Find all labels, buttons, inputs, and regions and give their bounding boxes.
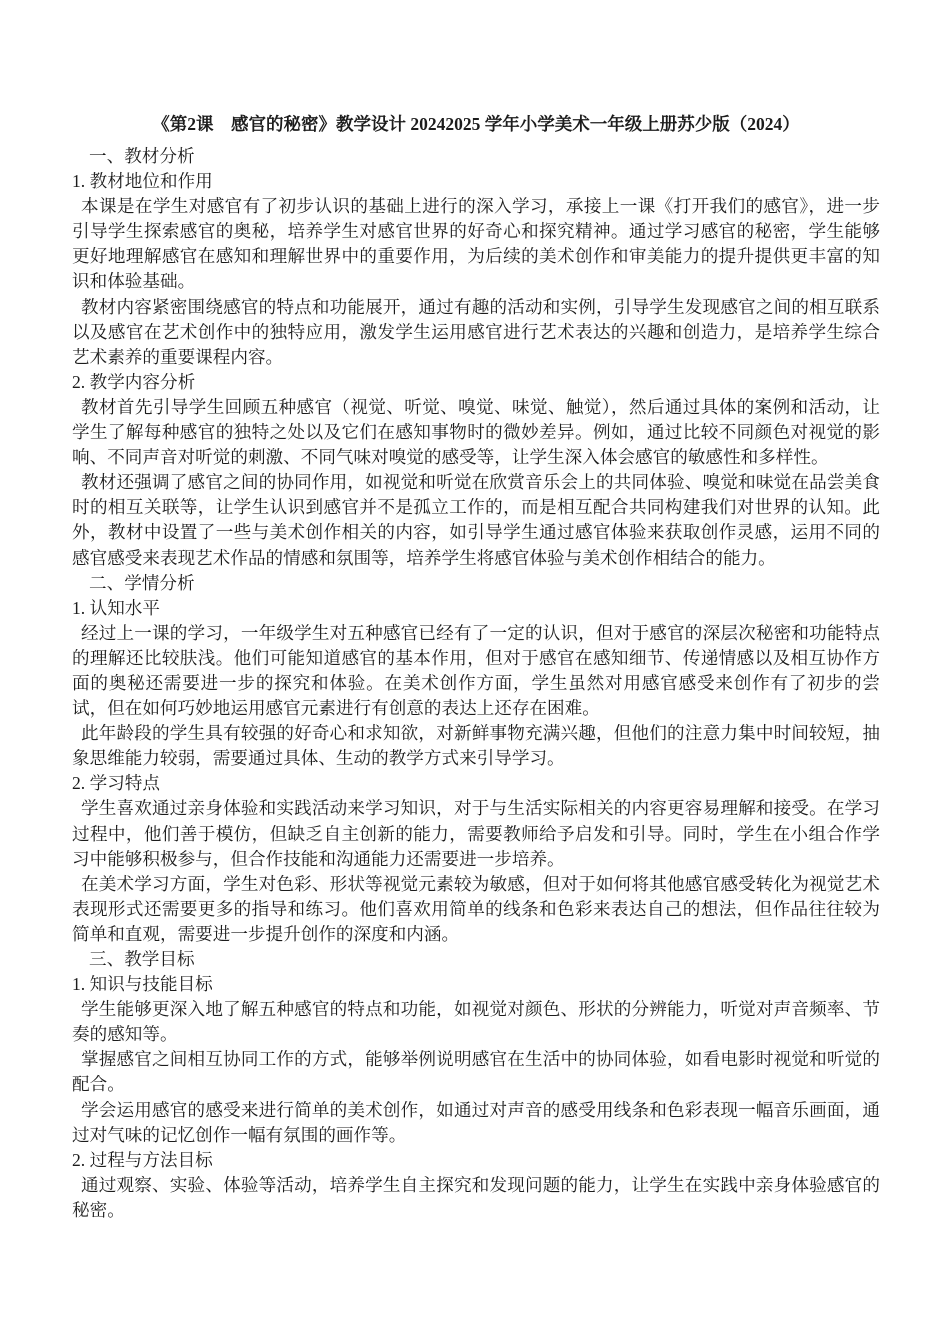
- paragraph: 教材首先引导学生回顾五种感官（视觉、听觉、嗅觉、味觉、触觉），然后通过具体的案例…: [72, 395, 880, 470]
- sub-heading: 1. 教材地位和作用: [72, 169, 880, 194]
- paragraph: 经过上一课的学习，一年级学生对五种感官已经有了一定的认识，但对于感官的深层次秘密…: [72, 621, 880, 721]
- paragraph: 学生喜欢通过亲身体验和实践活动来学习知识，对于与生活实际相关的内容更容易理解和接…: [72, 796, 880, 871]
- paragraph: 掌握感官之间相互协同工作的方式，能够举例说明感官在生活中的协同体验，如看电影时视…: [72, 1047, 880, 1097]
- paragraph: 学生能够更深入地了解五种感官的特点和功能，如视觉对颜色、形状的分辨能力，听觉对声…: [72, 997, 880, 1047]
- section-heading: 二、学情分析: [72, 571, 880, 596]
- paragraph: 教材还强调了感官之间的协同作用，如视觉和听觉在欣赏音乐会上的共同体验、嗅觉和味觉…: [72, 470, 880, 570]
- sub-heading: 2. 教学内容分析: [72, 370, 880, 395]
- sub-heading: 2. 学习特点: [72, 771, 880, 796]
- paragraph: 此年龄段的学生具有较强的好奇心和求知欲，对新鲜事物充满兴趣，但他们的注意力集中时…: [72, 721, 880, 771]
- paragraph: 教材内容紧密围绕感官的特点和功能展开，通过有趣的活动和实例，引导学生发现感官之间…: [72, 295, 880, 370]
- paragraph: 通过观察、实验、体验等活动，培养学生自主探究和发现问题的能力，让学生在实践中亲身…: [72, 1173, 880, 1223]
- sub-heading: 1. 认知水平: [72, 596, 880, 621]
- sub-heading: 2. 过程与方法目标: [72, 1148, 880, 1173]
- sub-heading: 1. 知识与技能目标: [72, 972, 880, 997]
- document-body: 一、教材分析1. 教材地位和作用本课是在学生对感官有了初步认识的基础上进行的深入…: [72, 144, 880, 1223]
- paragraph: 学会运用感官的感受来进行简单的美术创作，如通过对声音的感受用线条和色彩表现一幅音…: [72, 1098, 880, 1148]
- paragraph: 在美术学习方面，学生对色彩、形状等视觉元素较为敏感，但对于如何将其他感官感受转化…: [72, 872, 880, 947]
- document-title: 《第2课 感官的秘密》教学设计 20242025 学年小学美术一年级上册苏少版（…: [72, 112, 880, 137]
- section-heading: 三、教学目标: [72, 947, 880, 972]
- section-heading: 一、教材分析: [72, 144, 880, 169]
- document-page: 《第2课 感官的秘密》教学设计 20242025 学年小学美术一年级上册苏少版（…: [0, 0, 950, 1344]
- paragraph: 本课是在学生对感官有了初步认识的基础上进行的深入学习，承接上一课《打开我们的感官…: [72, 194, 880, 294]
